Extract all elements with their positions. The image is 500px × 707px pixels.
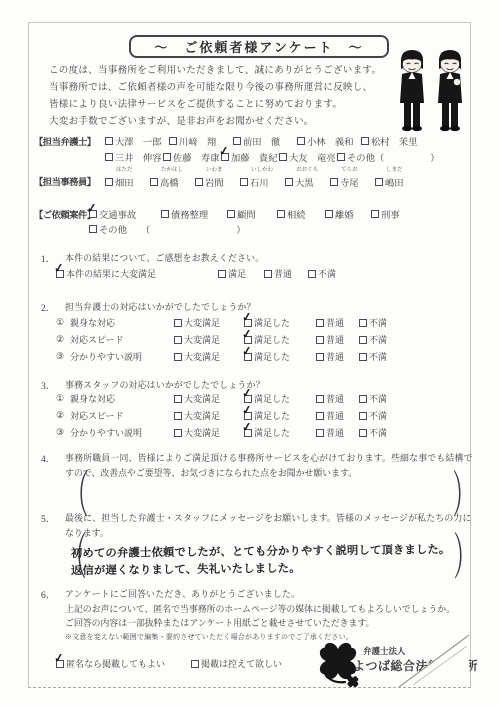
intro-line: この度は、当事務所をご利用いただきまして、誠にありがとうございます。	[49, 63, 381, 80]
rating-label: 対応スピード	[70, 409, 174, 422]
option-label: 債務整理	[171, 207, 208, 221]
clerk-kana: はただ	[116, 168, 133, 174]
question-6: 6． アンケートにご回答いただき、ありがとうございました。	[41, 587, 300, 601]
rating-option[interactable]: ✓不満	[359, 426, 387, 439]
rating-option[interactable]: ✓普通	[316, 333, 359, 346]
option-label: 松村 茉里	[371, 134, 418, 148]
option-label: 加藤 貴紀	[231, 150, 278, 164]
lawyers-row-2: ✓三井 伸容 ✓佐藤 寿康 ✓加藤 貴紀 ✓大友 竜亮 ✓その他（ ）	[105, 150, 440, 164]
option-label: 不満	[369, 392, 387, 405]
checkbox-icon	[163, 153, 171, 161]
option-label: 交通事故	[99, 207, 136, 221]
option-label: 満足した	[254, 392, 290, 405]
checkbox-icon	[359, 429, 367, 437]
option-label: 普通	[326, 316, 344, 329]
option-label: 三井 伸容	[115, 150, 162, 164]
option-label: 普通	[326, 409, 344, 422]
question-3: 3． 事務スタッフの対応はいかがでしたでしょうか？	[41, 378, 265, 392]
checkbox-icon	[105, 153, 113, 161]
question-text: 上記のお声について、匿名で当事務所のホームページ等の媒体に掲載してもよろしいでし…	[65, 602, 455, 615]
checkbox-icon	[285, 178, 293, 186]
checkbox-icon	[279, 153, 287, 161]
option-label: 寺尾	[340, 175, 359, 189]
checkbox-icon	[174, 412, 182, 420]
close-paren: ）	[236, 222, 245, 236]
clerk-option[interactable]: いしかわ✓石川	[240, 175, 285, 189]
checkbox-icon	[325, 210, 333, 218]
q1-option[interactable]: ✓本件の結果に大変満足	[56, 267, 218, 280]
lawyer-option[interactable]: ✓松村 茉里	[361, 134, 418, 148]
lawyer-option[interactable]: ✓前田 徹	[233, 134, 297, 148]
check-icon: ✓	[241, 309, 253, 325]
option-label: その他	[99, 222, 127, 236]
rating-option[interactable]: ✓不満	[359, 409, 387, 422]
rating-option[interactable]: ✓不満	[359, 350, 387, 363]
case-other-row: ✓その他 （ ）	[89, 222, 246, 236]
rating-option[interactable]: ✓不満	[359, 392, 387, 405]
lawyer-option[interactable]: ✓小林 義和	[297, 134, 361, 148]
rating-row: ① 親身な対応 ✓大変満足 ✓満足した ✓普通 ✓不満	[56, 392, 387, 405]
rating-option[interactable]: ✓満足した	[244, 333, 316, 346]
question-text: ご回答の内容は一部抜粋またはアンケート用紙ごと載せさせていただきます。	[65, 616, 374, 629]
q5-answer-area[interactable]: 初めての弁護士依頼でしたが、とても分かりやすく説明して頂きました。 返信が遅くな…	[71, 537, 437, 583]
checkbox-icon	[240, 178, 248, 186]
option-label: 大変満足	[184, 426, 220, 439]
rating-label: 親身な対応	[70, 316, 174, 329]
checkbox-icon	[361, 137, 369, 145]
case-option-other[interactable]: ✓その他	[89, 222, 127, 236]
checkbox-icon	[105, 178, 113, 186]
option-label: 大変満足	[184, 333, 220, 346]
lawyer-option[interactable]: ✓三井 伸容	[105, 150, 163, 164]
rating-number: ③	[56, 351, 70, 362]
option-label: 離婚	[335, 207, 354, 221]
question-4: 4． 事務所職員一同、皆様によりご満足頂ける事務所サービスを心がけております。些…	[41, 451, 473, 465]
option-label: 満足	[228, 267, 246, 280]
question-number: 4．	[41, 451, 65, 465]
option-label: 満足した	[254, 426, 290, 439]
check-icon: ✓	[218, 143, 230, 159]
option-label: 普通	[274, 267, 292, 280]
case-option[interactable]: ✓交通事故	[89, 207, 161, 221]
clerk-option[interactable]: たかはし✓高橋	[150, 175, 195, 189]
checkbox-icon	[375, 178, 383, 186]
rating-option[interactable]: ✓満足した	[244, 426, 316, 439]
question-text: 担当弁護士の対応はいかがでしたでしょうか？	[65, 300, 256, 314]
check-icon: ✓	[241, 343, 253, 359]
clerk-kana: いわま	[206, 168, 223, 174]
case-option[interactable]: ✓離婚	[325, 207, 371, 221]
rating-number: ③	[56, 427, 70, 438]
option-label: 岩間	[205, 175, 224, 189]
clerk-option[interactable]: はただ✓畑田	[105, 175, 150, 189]
case-option[interactable]: ✓債務整理	[161, 207, 227, 221]
question-number: 2．	[41, 300, 65, 314]
case-option[interactable]: ✓顧問	[227, 207, 277, 221]
check-icon: ✓	[53, 260, 65, 276]
checkbox-icon	[359, 353, 367, 361]
question-text: 事務スタッフの対応はいかがでしたでしょうか？	[65, 378, 265, 392]
option-label: 大友 竜亮	[289, 150, 336, 164]
title-box: ～ ご依頼者様アンケート ～	[129, 35, 389, 58]
option-label: 大黒	[295, 175, 314, 189]
rating-option[interactable]: ✓大変満足	[174, 409, 244, 422]
checkbox-icon	[174, 336, 182, 344]
option-label: 普通	[326, 350, 344, 363]
lawyers-row-1: ✓大澤 一郎 ✓川﨑 翔 ✓前田 徹 ✓小林 義和 ✓松村 茉里	[105, 134, 418, 148]
lawyer-option[interactable]: ✓大友 竜亮	[279, 150, 337, 164]
lawyer-option[interactable]: ✓佐藤 寿康	[163, 150, 221, 164]
rating-number: ①	[56, 317, 70, 328]
checkbox-icon	[218, 270, 226, 278]
question-5: 5． 最後に、担当した弁護士・スタッフにメッセージをお願いします。皆様のメッセー…	[41, 511, 472, 525]
question-text: 事務所職員一同、皆様によりご満足頂ける事務所サービスを心がけております。些細な事…	[65, 451, 473, 465]
checkbox-icon	[195, 178, 203, 186]
rating-option[interactable]: ✓普通	[316, 392, 359, 405]
check-icon: ✓	[241, 326, 253, 342]
handwriting-line: 返信が遅くなりまして、失礼いたしました。	[71, 560, 301, 578]
checkbox-icon	[297, 137, 305, 145]
rating-row: ③ 分かりやすい説明 ✓大変満足 ✓満足した ✓普通 ✓不満	[56, 350, 387, 363]
rating-option[interactable]: ✓不満	[359, 333, 387, 346]
checkbox-icon	[174, 395, 182, 403]
checkbox-icon	[337, 153, 345, 161]
q1-options: ✓本件の結果に大変満足 ✓満足 ✓普通 ✓不満	[56, 267, 336, 280]
option-label: 普通	[326, 426, 344, 439]
question-text: アンケートにご回答いただき、ありがとうございました。	[65, 587, 300, 601]
option-label: 嶋田	[385, 175, 404, 189]
check-icon: ✓	[241, 419, 253, 435]
check-icon: ✓	[53, 650, 65, 666]
rating-option[interactable]: ✓満足した	[244, 350, 316, 363]
publish-options: ✓匿名なら掲載してもよい ✓掲載は控えて欲しい	[56, 657, 282, 670]
checkbox-icon	[359, 319, 367, 327]
option-label: 高橋	[160, 175, 179, 189]
checkbox-icon	[316, 353, 324, 361]
question-text: 最後に、担当した弁護士・スタッフにメッセージをお願いします。皆様のメッセージが私…	[65, 511, 472, 525]
intro-line: 当事務所では、ご依頼者様の声を可能な限り今後の事務所運営に反映し、	[49, 80, 381, 97]
open-paren: （	[141, 222, 150, 236]
clerk-option[interactable]: しまだ✓嶋田	[375, 175, 404, 189]
clerks-row: はただ✓畑田 たかはし✓高橋 いわま✓岩間 いしかわ✓石川 おおぐろ✓大黒 てら…	[105, 175, 404, 189]
option-label: 満足した	[254, 316, 290, 329]
checkbox-icon	[264, 270, 272, 278]
clerk-option[interactable]: おおぐろ✓大黒	[285, 175, 330, 189]
publish-option[interactable]: ✓匿名なら掲載してもよい	[56, 657, 191, 670]
option-label: 刑事	[381, 207, 400, 221]
checkbox-icon	[233, 137, 241, 145]
checkbox-icon	[169, 137, 177, 145]
rating-option[interactable]: ✓大変満足	[174, 392, 244, 405]
case-option[interactable]: ✓相続	[277, 207, 325, 221]
lawyers-section-label: 【担当弁護士】	[34, 134, 96, 148]
lawyer-option[interactable]: ✓大澤 一郎	[105, 134, 169, 148]
rating-option[interactable]: ✓満足した	[244, 409, 316, 422]
option-label: 石川	[250, 175, 269, 189]
option-label: 大変満足	[184, 350, 220, 363]
check-icon: ✓	[241, 402, 253, 418]
question-number: 6．	[41, 587, 65, 601]
option-label: 顧問	[237, 207, 256, 221]
checkbox-icon	[316, 412, 324, 420]
q1-option[interactable]: ✓不満	[308, 267, 336, 280]
rating-option[interactable]: ✓満足した	[244, 316, 316, 329]
option-label: 大澤 一郎	[115, 134, 162, 148]
rating-row: ③ 分かりやすい説明 ✓大変満足 ✓満足した ✓普通 ✓不満	[56, 426, 387, 439]
option-label: 大変満足	[184, 392, 220, 405]
rating-row: ② 対応スピード ✓大変満足 ✓満足した ✓普通 ✓不満	[56, 333, 387, 346]
intro-line: 皆様により良い法律サービスをご提供することに努めております。	[49, 97, 381, 114]
checkbox-icon	[316, 395, 324, 403]
rating-label: 対応スピード	[70, 333, 174, 346]
q1-option[interactable]: ✓普通	[264, 267, 308, 280]
rating-option[interactable]: ✓大変満足	[174, 333, 244, 346]
option-label: 満足した	[254, 333, 290, 346]
checkbox-icon	[174, 353, 182, 361]
page: ～ ご依頼者様アンケート ～ この度は、当事務所をご利用いただきまして、誠にあり…	[0, 0, 500, 707]
checkbox-icon	[316, 336, 324, 344]
intro-line: 大変お手数でございますが、是非お声をお聞かせください。	[49, 114, 381, 131]
option-label: 不満	[369, 350, 387, 363]
option-label: 大変満足	[184, 316, 220, 329]
checkbox-icon	[174, 429, 182, 437]
question-number: 3．	[41, 378, 65, 392]
option-label: 不満	[369, 426, 387, 439]
checkbox-icon	[277, 210, 285, 218]
clerk-option[interactable]: てらお✓寺尾	[330, 175, 375, 189]
checkbox-icon	[359, 395, 367, 403]
lawyer-option-other[interactable]: ✓その他（	[337, 150, 384, 164]
intro-text: この度は、当事務所をご利用いただきまして、誠にありがとうございます。 当事務所で…	[49, 63, 381, 131]
rating-number: ②	[56, 334, 70, 345]
clerk-kana: しまだ	[386, 168, 403, 174]
rating-option[interactable]: ✓大変満足	[174, 350, 244, 363]
clerk-kana: おおぐろ	[296, 168, 318, 174]
check-icon: ✓	[86, 200, 98, 216]
option-label: 大変満足	[184, 409, 220, 422]
option-label: 前田 徹	[243, 134, 280, 148]
check-icon: ✓	[241, 385, 253, 401]
form-frame: ～ ご依頼者様アンケート ～ この度は、当事務所をご利用いただきまして、誠にあり…	[28, 22, 471, 688]
option-label: 相続	[287, 207, 306, 221]
rating-option[interactable]: ✓不満	[359, 316, 387, 329]
option-label: その他（	[347, 150, 384, 164]
option-label: 匿名なら掲載してもよい	[66, 657, 165, 670]
lawyer-option[interactable]: ✓加藤 貴紀	[221, 150, 279, 164]
clerk-kana: たかはし	[161, 168, 183, 174]
option-label: 普通	[326, 333, 344, 346]
option-label: 掲載は控えて欲しい	[201, 657, 282, 670]
option-label: 満足した	[254, 350, 290, 363]
option-label: 不満	[369, 316, 387, 329]
rating-label: 親身な対応	[70, 392, 174, 405]
rating-label: 分かりやすい説明	[70, 426, 174, 439]
checkbox-icon	[359, 412, 367, 420]
checkbox-icon	[161, 210, 169, 218]
checkbox-icon	[316, 319, 324, 327]
publish-option[interactable]: ✓掲載は控えて欲しい	[191, 657, 282, 670]
page-title: ～ ご依頼者様アンケート ～	[154, 37, 363, 56]
option-label: 不満	[318, 267, 336, 280]
checkbox-icon	[308, 270, 316, 278]
option-label: 本件の結果に大変満足	[66, 267, 156, 280]
clerk-kana: てらお	[341, 168, 358, 174]
option-label: 不満	[369, 333, 387, 346]
checkbox-icon	[174, 319, 182, 327]
option-label: 普通	[326, 392, 344, 405]
option-label: 川﨑 翔	[179, 134, 216, 148]
lawyers-illustration-icon	[393, 47, 469, 140]
checkbox-icon	[150, 178, 158, 186]
checkbox-icon	[89, 225, 97, 233]
question-1: 1． 本件の結果について、ご感想をお教えください。	[41, 251, 264, 265]
clerks-section-label: 【担当事務員】	[34, 174, 96, 188]
clerk-option[interactable]: いわま✓岩間	[195, 175, 240, 189]
checkbox-icon	[227, 210, 235, 218]
case-row: ✓交通事故 ✓債務整理 ✓顧問 ✓相続 ✓離婚 ✓刑事	[89, 207, 400, 221]
clerk-kana: いしかわ	[251, 168, 273, 174]
option-label: 佐藤 寿康	[173, 150, 220, 164]
checkbox-icon	[330, 178, 338, 186]
checkbox-icon	[371, 210, 379, 218]
close-paren: ）	[430, 150, 439, 164]
checkbox-icon	[316, 429, 324, 437]
checkbox-icon	[359, 336, 367, 344]
note-text: ※文意を変えない範囲で編集・要約させていただく場合がありますのでご了承ください。	[65, 632, 353, 642]
page-curl	[393, 621, 473, 691]
question-text: 本件の結果について、ご感想をお教えください。	[65, 251, 264, 265]
q1-option[interactable]: ✓満足	[218, 267, 264, 280]
rating-option[interactable]: ✓普通	[316, 316, 359, 329]
checkbox-icon	[191, 660, 199, 668]
option-label: 畑田	[115, 175, 134, 189]
rating-number: ①	[56, 393, 70, 404]
rating-number: ②	[56, 410, 70, 421]
question-number: 5．	[41, 511, 65, 525]
option-label: 満足した	[254, 409, 290, 422]
option-label: 小林 義和	[307, 134, 354, 148]
case-option[interactable]: ✓刑事	[371, 207, 400, 221]
option-label: 不満	[369, 409, 387, 422]
bracket-close-icon: ）	[454, 533, 477, 583]
rating-row: ② 対応スピード ✓大変満足 ✓満足した ✓普通 ✓不満	[56, 409, 387, 422]
rating-option[interactable]: ✓普通	[316, 426, 359, 439]
rating-option[interactable]: ✓大変満足	[174, 426, 244, 439]
handwriting-line: 初めての弁護士依頼でしたが、とても分かりやすく説明して頂きました。	[71, 541, 451, 561]
question-2: 2． 担当弁護士の対応はいかがでしたでしょうか？	[41, 300, 256, 314]
rating-option[interactable]: ✓大変満足	[174, 316, 244, 329]
rating-option[interactable]: ✓普通	[316, 409, 359, 422]
rating-label: 分かりやすい説明	[70, 350, 174, 363]
checkbox-icon	[105, 137, 113, 145]
rating-option[interactable]: ✓普通	[316, 350, 359, 363]
rating-option[interactable]: ✓満足した	[244, 392, 316, 405]
rating-row: ① 親身な対応 ✓大変満足 ✓満足した ✓普通 ✓不満	[56, 316, 387, 329]
